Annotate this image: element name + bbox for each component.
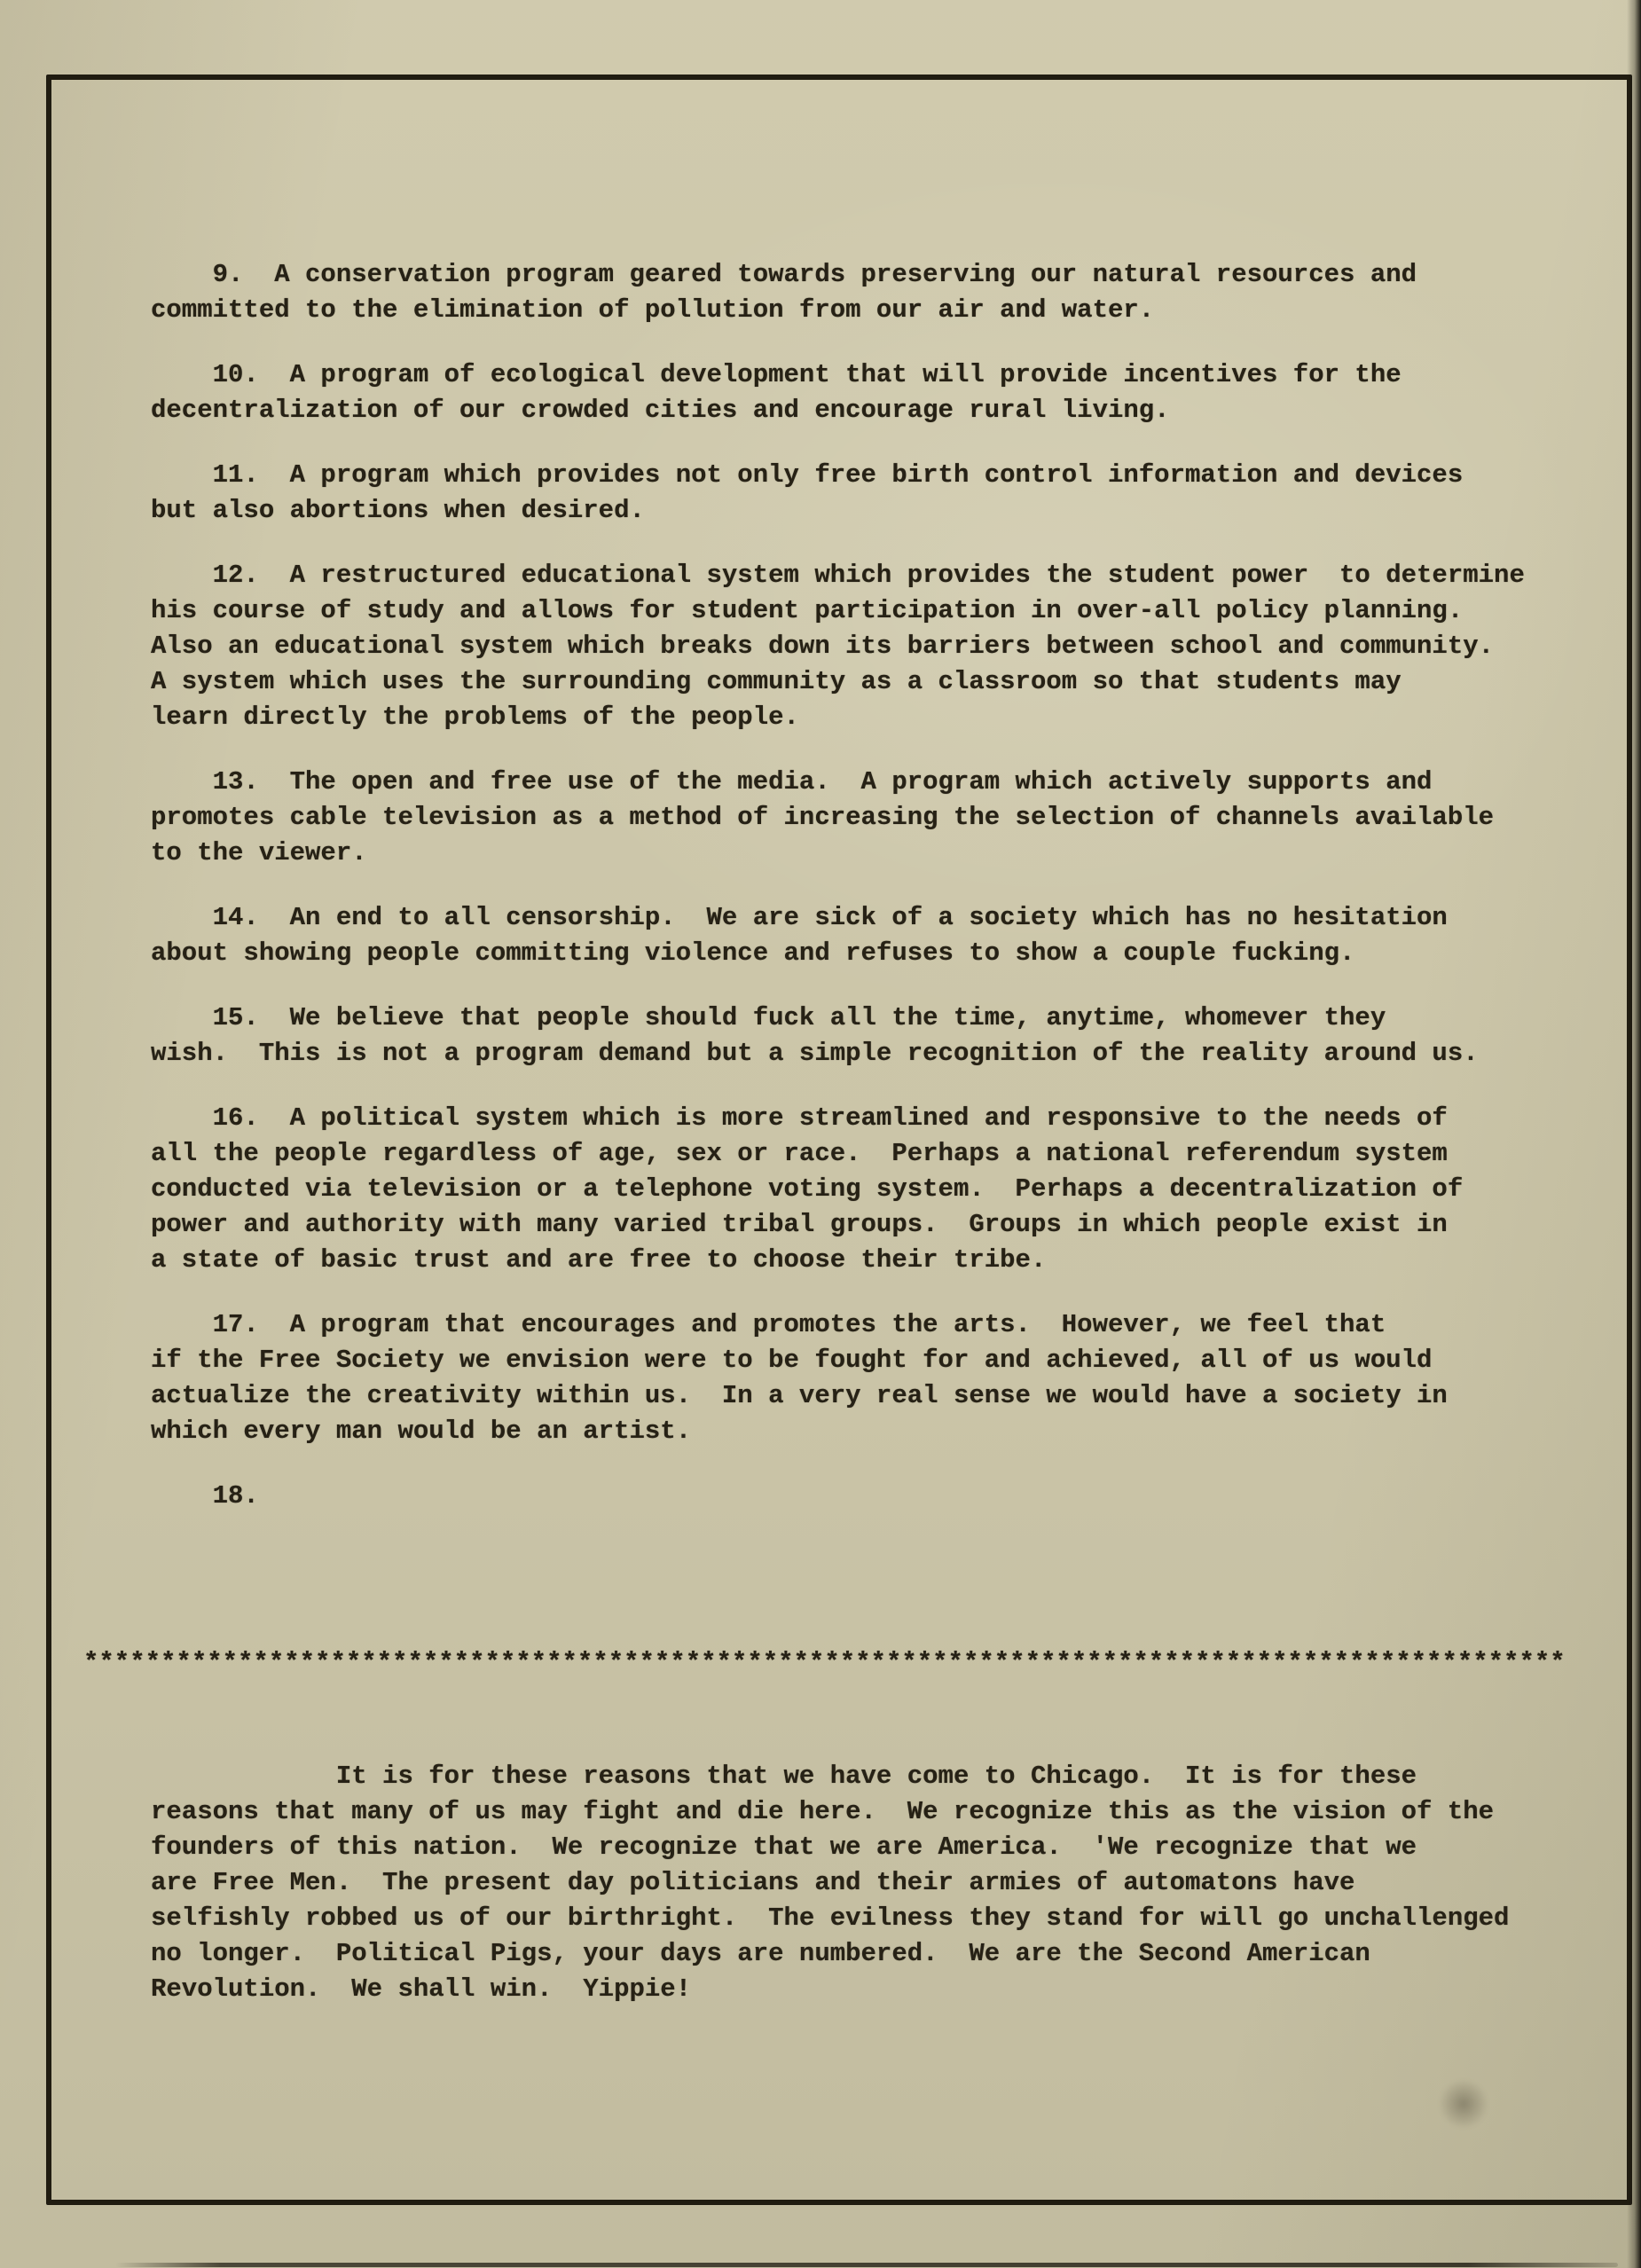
- text-line: 9. A conservation program geared towards…: [151, 257, 1566, 293]
- text-line: power and authority with many varied tri…: [151, 1207, 1566, 1243]
- scanned-document-page: 9. A conservation program geared towards…: [0, 0, 1641, 2268]
- text-line: no longer. Political Pigs, your days are…: [151, 1936, 1566, 1972]
- demand-item-13: 13. The open and free use of the media. …: [151, 765, 1566, 871]
- text-line: 13. The open and free use of the media. …: [151, 765, 1566, 800]
- scan-edge-shadow-right: [1627, 0, 1641, 2268]
- demand-item-10: 10. A program of ecological development …: [151, 357, 1566, 428]
- text-line: learn directly the problems of the peopl…: [151, 700, 1566, 735]
- closing-paragraph: It is for these reasons that we have com…: [151, 1759, 1566, 2007]
- text-line: Also an educational system which breaks …: [151, 629, 1566, 664]
- demand-item-11: 11. A program which provides not only fr…: [151, 458, 1566, 529]
- text-line: actualize the creativity within us. In a…: [151, 1378, 1566, 1414]
- demand-item-17: 17. A program that encourages and promot…: [151, 1307, 1566, 1449]
- demand-list: 9. A conservation program geared towards…: [151, 257, 1566, 1514]
- scan-smudge: [1437, 2079, 1490, 2129]
- text-line: Revolution. We shall win. Yippie!: [151, 1972, 1566, 2007]
- text-line: about showing people committing violence…: [151, 936, 1566, 971]
- asterisk-divider: ****************************************…: [83, 1645, 1566, 1681]
- text-line: It is for these reasons that we have com…: [151, 1759, 1566, 1794]
- demand-item-18: 18.: [151, 1479, 1566, 1514]
- text-line: his course of study and allows for stude…: [151, 593, 1566, 629]
- text-line: a state of basic trust and are free to c…: [151, 1243, 1566, 1278]
- text-line: 11. A program which provides not only fr…: [151, 458, 1566, 493]
- scan-edge-shadow-bottom: [115, 2263, 1618, 2267]
- document-text: 9. A conservation program geared towards…: [151, 0, 1566, 2078]
- text-line: if the Free Society we envision were to …: [151, 1343, 1566, 1378]
- text-line: 12. A restructured educational system wh…: [151, 558, 1566, 593]
- text-line: 15. We believe that people should fuck a…: [151, 1001, 1566, 1036]
- text-line: 16. A political system which is more str…: [151, 1101, 1566, 1136]
- text-line: decentralization of our crowded cities a…: [151, 393, 1566, 428]
- text-line: 14. An end to all censorship. We are sic…: [151, 900, 1566, 936]
- text-line: are Free Men. The present day politician…: [151, 1865, 1566, 1901]
- text-line: all the people regardless of age, sex or…: [151, 1136, 1566, 1172]
- demand-item-16: 16. A political system which is more str…: [151, 1101, 1566, 1278]
- text-line: committed to the elimination of pollutio…: [151, 293, 1566, 328]
- text-line: founders of this nation. We recognize th…: [151, 1830, 1566, 1865]
- text-line: 18.: [151, 1479, 1566, 1514]
- text-line: selfishly robbed us of our birthright. T…: [151, 1901, 1566, 1936]
- text-line: 10. A program of ecological development …: [151, 357, 1566, 393]
- text-line: which every man would be an artist.: [151, 1414, 1566, 1449]
- text-line: 17. A program that encourages and promot…: [151, 1307, 1566, 1343]
- text-line: but also abortions when desired.: [151, 493, 1566, 529]
- demand-item-15: 15. We believe that people should fuck a…: [151, 1001, 1566, 1071]
- text-line: reasons that many of us may fight and di…: [151, 1794, 1566, 1830]
- text-line: conducted via television or a telephone …: [151, 1172, 1566, 1207]
- demand-item-9: 9. A conservation program geared towards…: [151, 257, 1566, 328]
- demand-item-14: 14. An end to all censorship. We are sic…: [151, 900, 1566, 971]
- text-line: promotes cable television as a method of…: [151, 800, 1566, 836]
- text-line: wish. This is not a program demand but a…: [151, 1036, 1566, 1071]
- demand-item-12: 12. A restructured educational system wh…: [151, 558, 1566, 735]
- text-line: A system which uses the surrounding comm…: [151, 664, 1566, 700]
- text-line: to the viewer.: [151, 836, 1566, 871]
